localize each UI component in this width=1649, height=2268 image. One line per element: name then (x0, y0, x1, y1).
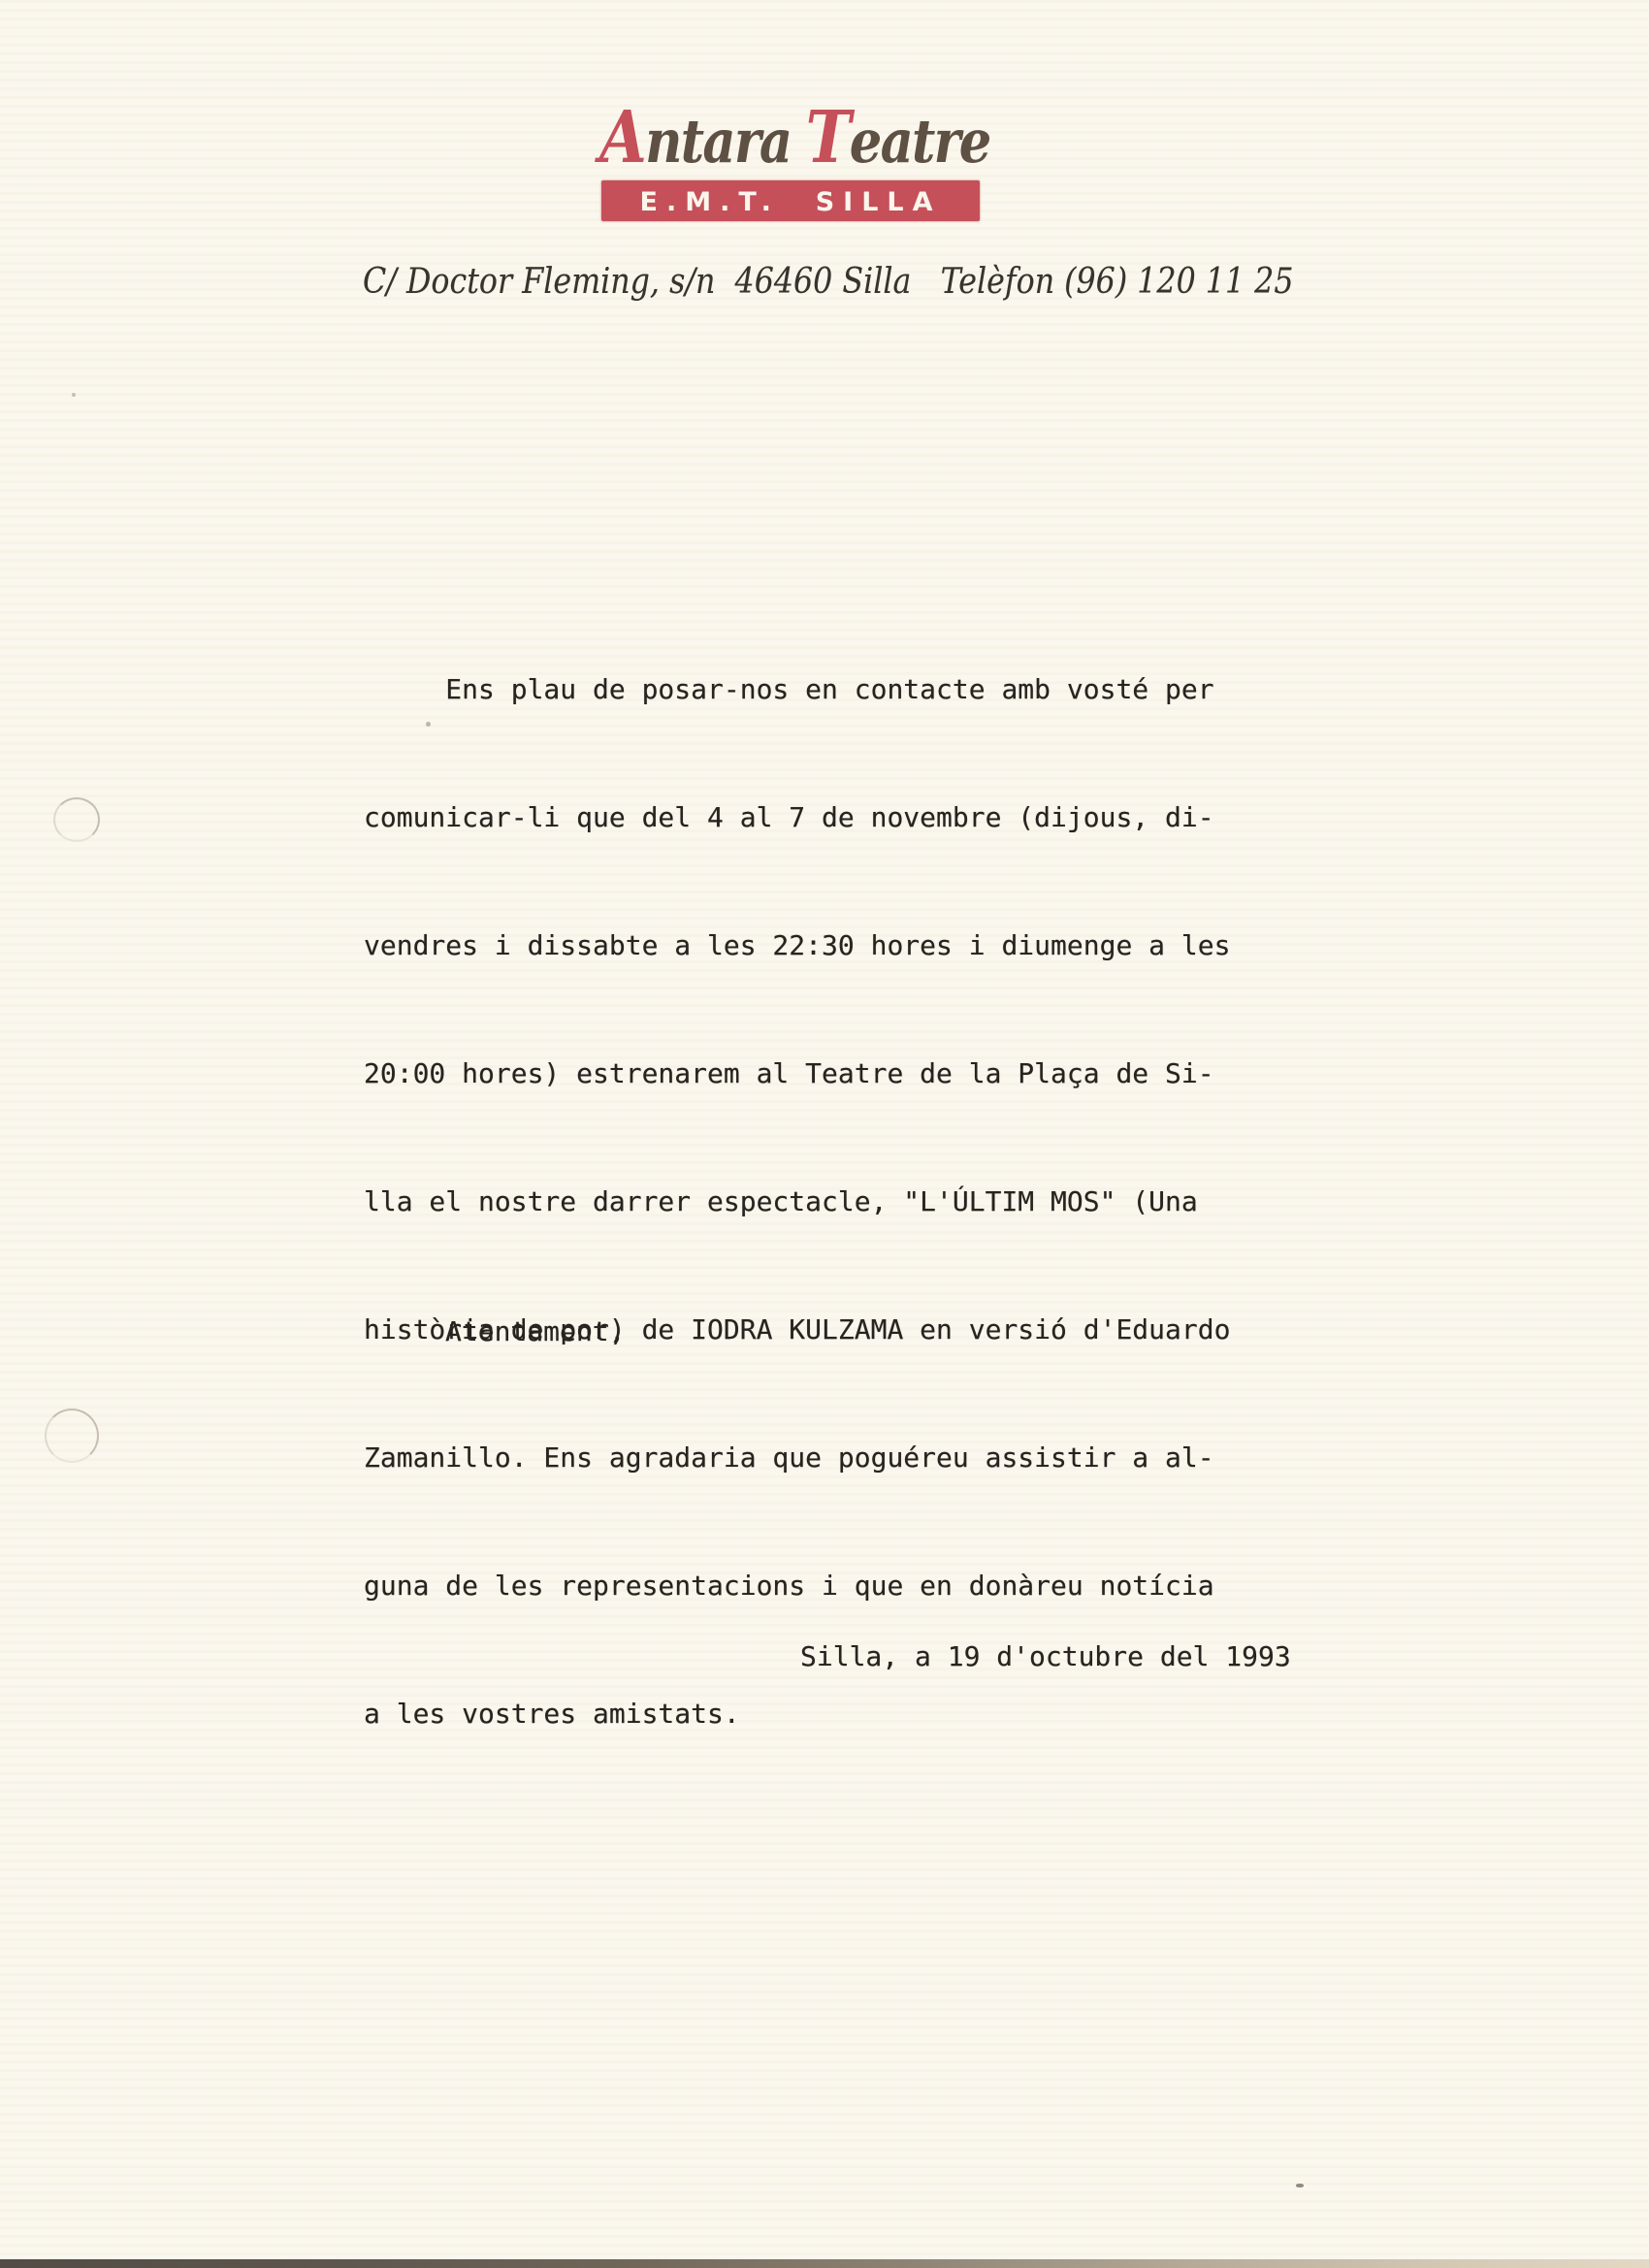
body-line: a les vostres amistats. (364, 1682, 1230, 1746)
body-line: Zamanillo. Ens agradaria que poguéreu as… (364, 1426, 1230, 1490)
date-line: Silla, a 19 d'octubre del 1993 (800, 1625, 1291, 1689)
scan-speck (426, 722, 431, 727)
body-line: vendres i dissabte a les 22:30 hores i d… (364, 914, 1230, 978)
logo-initial-t: T (806, 96, 850, 179)
scan-speck (1296, 2184, 1304, 2187)
logo-banner-text: E.M.T. SILLA (640, 185, 942, 217)
logo-initial-a: A (599, 96, 645, 179)
body-line: guna de les representacions i que en don… (364, 1554, 1230, 1618)
scan-speck (72, 393, 76, 397)
body-line: lla el nostre darrer espectacle, "L'ÚLTI… (364, 1170, 1230, 1234)
closing-salutation: Atentament, (445, 1300, 625, 1364)
body-line: comunicar-li que del 4 al 7 de novembre … (364, 786, 1230, 850)
body-line: Ens plau de posar-nos en contacte amb vo… (364, 658, 1230, 722)
punch-hole-bottom (45, 1409, 99, 1463)
scanned-letter-page: AntaraTeatre E.M.T. SILLA C/ Doctor Flem… (0, 0, 1649, 2268)
punch-hole-top (53, 797, 100, 842)
address-line: C/ Doctor Fleming, s/n 46460 Silla Telèf… (363, 262, 1294, 302)
logo-banner: E.M.T. SILLA (601, 180, 980, 221)
body-line: 20:00 hores) estrenarem al Teatre de la … (364, 1042, 1230, 1106)
letterhead-logo-title: AntaraTeatre (599, 97, 990, 178)
scanner-edge-strip (0, 2259, 1649, 2268)
logo-word-antara: ntara (645, 106, 791, 177)
logo-word-teatre: eatre (850, 106, 990, 177)
